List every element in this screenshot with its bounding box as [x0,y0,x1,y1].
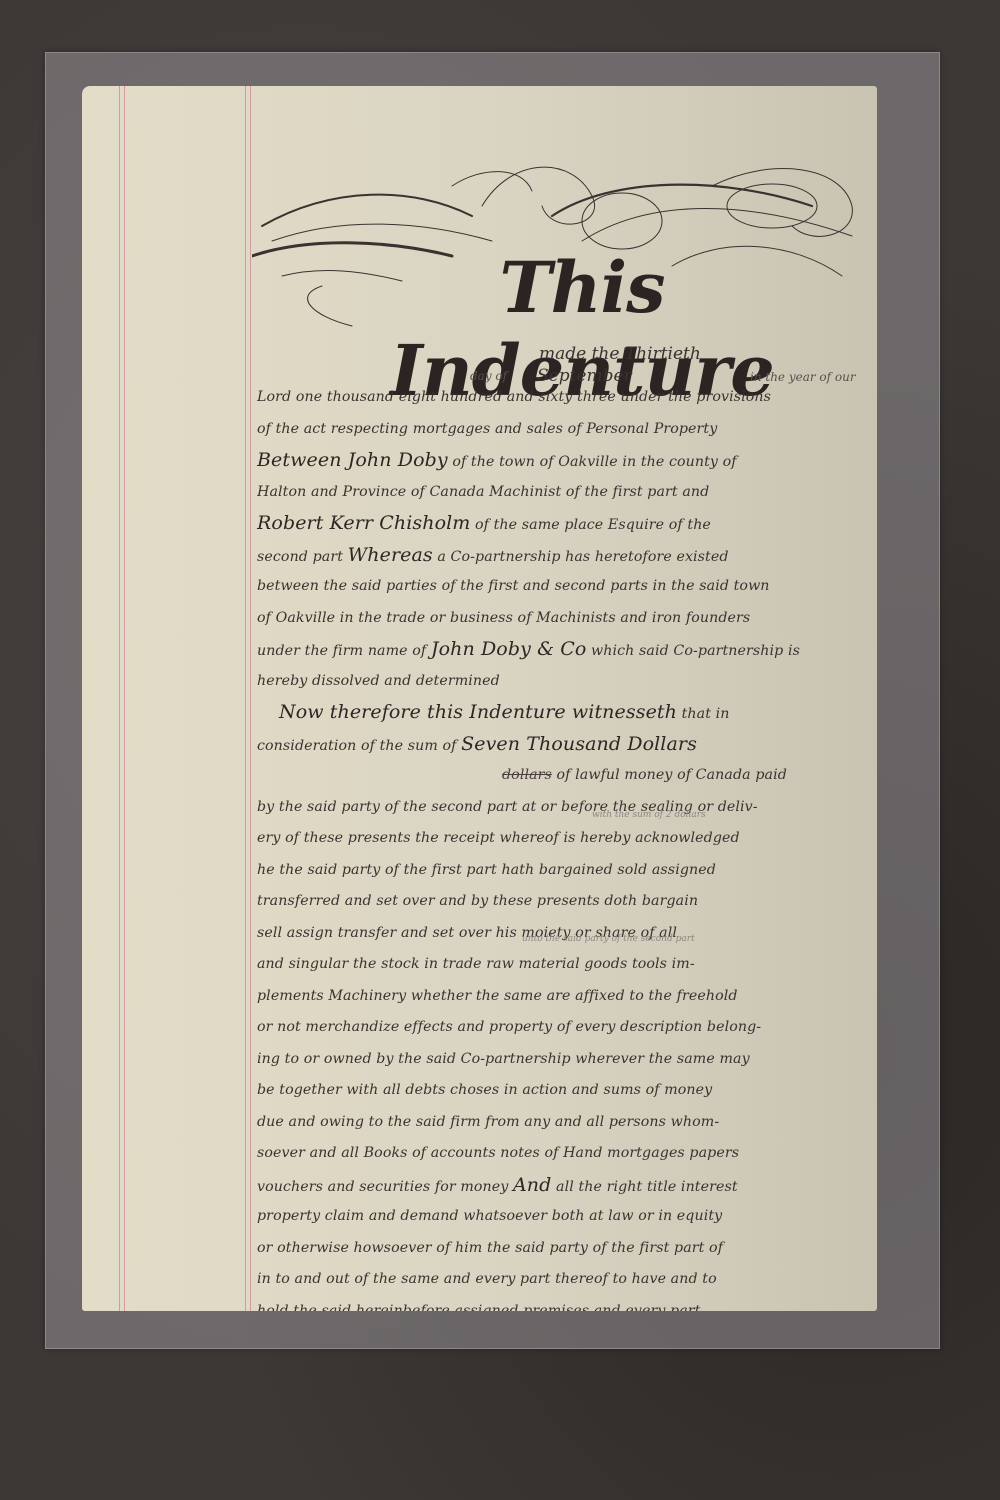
text-line: Robert Kerr Chisholm of the same place E… [257,508,857,540]
text-line: between the said parties of the first an… [257,571,857,603]
text-line: or otherwise howsoever of him the said p… [257,1233,857,1265]
dateline-day-of: day of [470,369,507,383]
heading-block: This Indenture [252,146,872,366]
text-line: transferred and set over and by these pr… [257,886,857,918]
margin-rule-inner [245,86,251,1311]
text-line: Between John Doby of the town of Oakvill… [257,445,857,477]
pencil-annotation: unto the said party of the second part [522,934,695,944]
text-line: in to and out of the same and every part… [257,1264,857,1296]
pencil-annotation: with the sum of 2 dollars [592,810,706,820]
text-line: consideration of the sum of Seven Thousa… [257,729,857,761]
text-line: he the said party of the first part hath… [257,855,857,887]
document-page: This Indenture made the Thirtieth day of… [82,86,877,1311]
text-line: or not merchandize effects and property … [257,1012,857,1044]
text-line: vouchers and securities for money And al… [257,1170,857,1202]
text-line: hold the said hereinbefore assigned prem… [257,1296,857,1312]
text-line: ing to or owned by the said Co-partnersh… [257,1044,857,1076]
text-line: ery of these presents the receipt whereo… [257,823,857,855]
text-line: second part Whereas a Co-partnership has… [257,540,857,572]
document-body: Lord one thousand eight hundred and sixt… [257,382,857,1311]
margin-rule-outer [119,86,125,1311]
text-line: plements Machinery whether the same are … [257,981,857,1013]
text-line: due and owing to the said firm from any … [257,1107,857,1139]
text-line: Halton and Province of Canada Machinist … [257,477,857,509]
text-line: property claim and demand whatsoever bot… [257,1201,857,1233]
text-line: and singular the stock in trade raw mate… [257,949,857,981]
text-line: Lord one thousand eight hundred and sixt… [257,382,857,414]
dateline-made: made the Thirtieth [539,344,701,364]
text-line: dollars of lawful money of Canada paid [257,760,857,792]
text-line: by the said party of the second part at … [257,792,857,824]
text-line: of the act respecting mortgages and sale… [257,414,857,446]
text-line: Now therefore this Indenture witnesseth … [257,697,857,729]
text-line: under the firm name of John Doby & Co wh… [257,634,857,666]
text-line: hereby dissolved and determined [257,666,857,698]
text-line: of Oakville in the trade or business of … [257,603,857,635]
text-line: be together with all debts choses in act… [257,1075,857,1107]
text-line: soever and all Books of accounts notes o… [257,1138,857,1170]
